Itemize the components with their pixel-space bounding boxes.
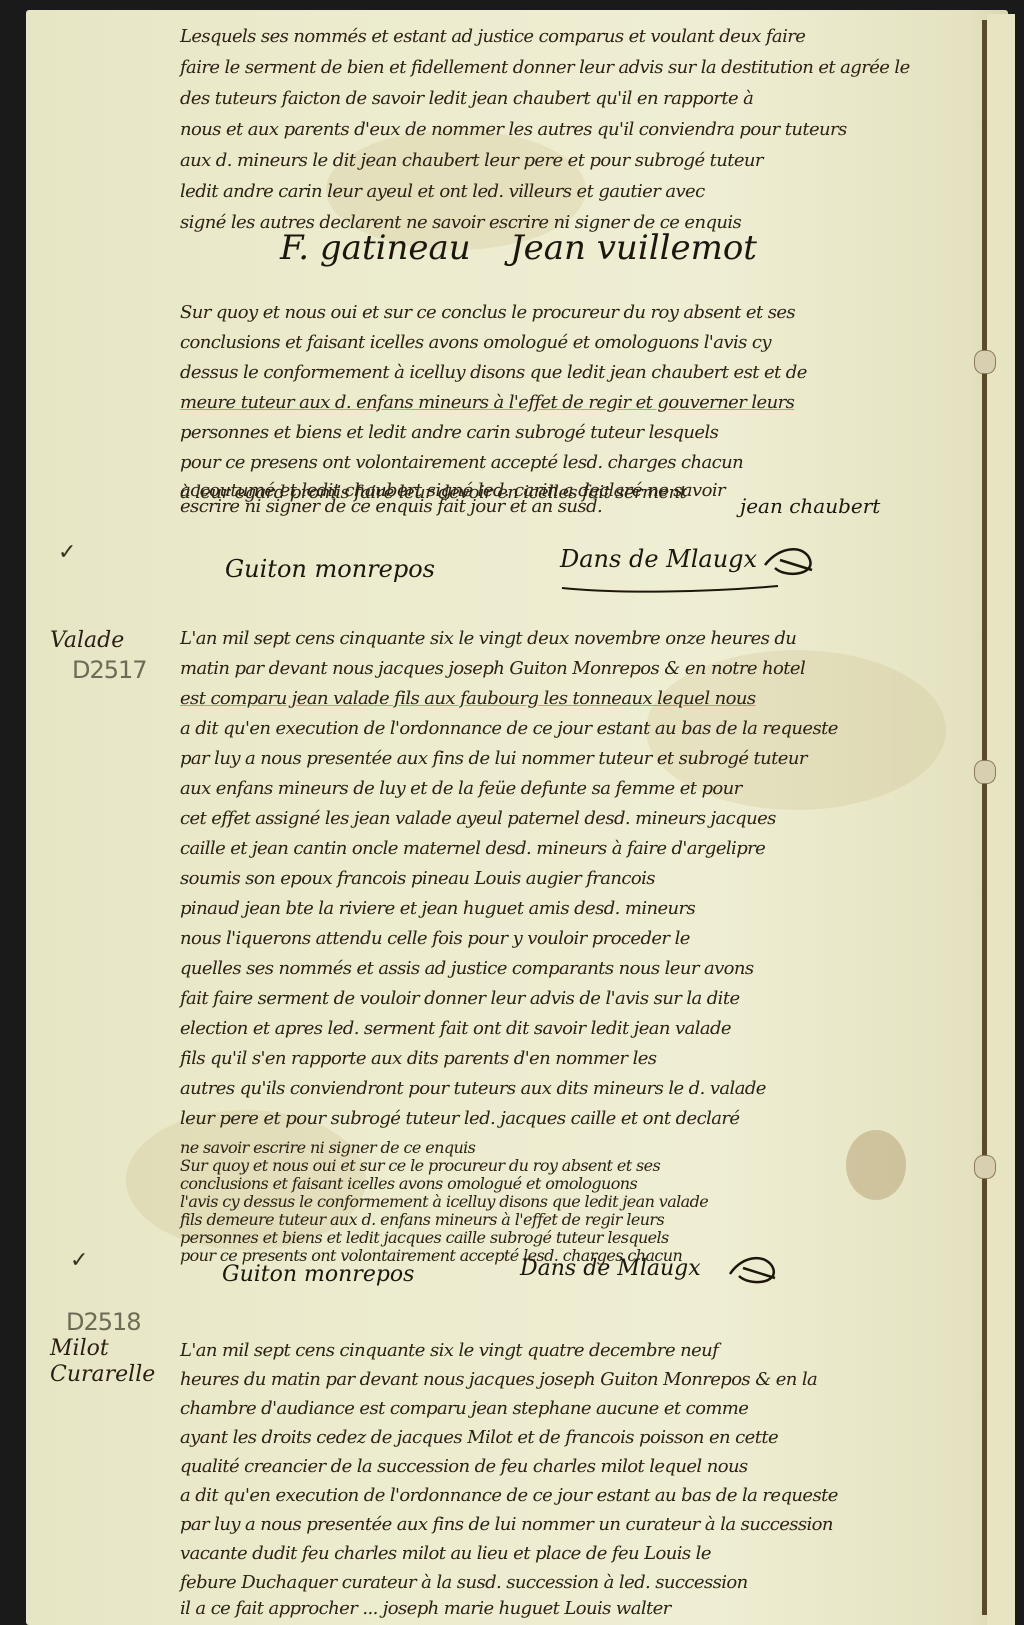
text-line: quelles ses nommés et assis ad justice c… — [180, 958, 754, 979]
margin-name-milot-curarelle: Milot Curarelle — [50, 1336, 170, 1388]
text-line: par luy a nous presentée aux fins de lui… — [180, 748, 807, 769]
text-line: des tuteurs faicton de savoir ledit jean… — [180, 88, 753, 109]
text-line: febure Duchaquer curateur à la susd. suc… — [180, 1572, 748, 1593]
text-line: chambre d'audiance est comparu jean step… — [180, 1398, 748, 1419]
text-line: nous l'iquerons attendu celle fois pour … — [180, 928, 690, 949]
text-line: ne savoir escrire ni signer de ce enquis — [180, 1138, 475, 1157]
signature-guiton-monrepos: Guiton monrepos — [225, 555, 435, 583]
signature-jean-chaubert: jean chaubert — [740, 494, 880, 518]
text-line: a dit qu'en execution de l'ordonnance de… — [180, 718, 838, 739]
checkmark-icon: ✓ — [70, 1248, 88, 1273]
text-line: meure tuteur aux d. enfans mineurs à l'e… — [180, 392, 794, 413]
signature-dans-de-mlaugx: Dans de Mlaugx — [560, 545, 757, 573]
text-line: il a ce fait approcher ... joseph marie … — [180, 1598, 671, 1619]
text-line: L'an mil sept cens cinquante six le ving… — [180, 628, 796, 649]
text-line: qualité creancier de la succession de fe… — [180, 1456, 748, 1477]
text-line: est comparu jean valade fils aux faubour… — [180, 688, 755, 709]
text-line: aux d. mineurs le dit jean chaubert leur… — [180, 150, 763, 171]
text-line: conclusions et faisant icelles avons omo… — [180, 332, 771, 353]
text-line: caille et jean cantin oncle maternel des… — [180, 838, 765, 859]
text-line: cet effet assigné les jean valade ayeul … — [180, 808, 776, 829]
text-line: faire le serment de bien et fidellement … — [180, 57, 910, 78]
torn-spot — [846, 1130, 906, 1200]
text-line: Lesquels ses nommés et estant ad justice… — [180, 26, 805, 47]
signature-underline — [560, 580, 780, 594]
text-line: fils demeure tuteur aux d. enfans mineur… — [180, 1210, 664, 1229]
text-line: fils qu'il s'en rapporte aux dits parent… — [180, 1048, 656, 1069]
text-line: leur pere et pour subrogé tuteur led. ja… — [180, 1108, 739, 1129]
text-line: aux enfans mineurs de luy et de la feüe … — [180, 778, 742, 799]
text-line: dessus le conformement à icelluy disons … — [180, 362, 807, 383]
binding-thread — [974, 1155, 996, 1179]
text-line: a dit qu'en execution de l'ordonnance de… — [180, 1485, 838, 1506]
text-line: election et apres led. serment fait ont … — [180, 1018, 731, 1039]
signature-guiton-monrepos: Guiton monrepos — [222, 1262, 414, 1287]
text-line: L'an mil sept cens cinquante six le ving… — [180, 1340, 718, 1361]
margin-code-d2518: D2518 — [66, 1308, 141, 1336]
binding-thread — [974, 760, 996, 784]
text-line: matin par devant nous jacques joseph Gui… — [180, 658, 805, 679]
text-line: escrire ni signer de ce enquis fait jour… — [180, 496, 602, 517]
text-line: heures du matin par devant nous jacques … — [180, 1369, 817, 1390]
text-line: fait faire serment de vouloir donner leu… — [180, 988, 740, 1009]
next-page-edge — [987, 14, 1015, 1625]
binding-thread — [974, 350, 996, 374]
text-line: nous et aux parents d'eux de nommer les … — [180, 119, 847, 140]
text-line: pour ce presens ont volontairement accep… — [180, 452, 743, 473]
signature-gatineau: F. gatineau — [280, 228, 471, 268]
margin-code-d2517: D2517 — [72, 656, 147, 684]
text-line: par luy a nous presentée aux fins de lui… — [180, 1514, 833, 1535]
text-line: pinaud jean bte la riviere et jean hugue… — [180, 898, 695, 919]
margin-name-valade: Valade — [50, 628, 124, 653]
text-line: personnes et biens et ledit andre carin … — [180, 422, 718, 443]
checkmark-icon: ✓ — [58, 540, 76, 565]
text-line: autres qu'ils conviendront pour tuteurs … — [180, 1078, 766, 1099]
text-line: personnes et biens et ledit jacques cail… — [180, 1228, 669, 1247]
text-line: ayant les droits cedez de jacques Milot … — [180, 1427, 778, 1448]
signature-dans-de-mlaugx: Dans de Mlaugx — [520, 1256, 701, 1281]
signature-flourish-icon — [760, 540, 820, 580]
signature-flourish-icon — [725, 1250, 781, 1288]
text-line: Sur quoy et nous oui et sur ce le procur… — [180, 1156, 660, 1175]
text-line: l'avis cy dessus le conformement à icell… — [180, 1192, 708, 1211]
text-line: vacante dudit feu charles milot au lieu … — [180, 1543, 711, 1564]
text-line: soumis son epoux francois pineau Louis a… — [180, 868, 655, 889]
text-line: ledit andre carin leur ayeul et ont led.… — [180, 181, 705, 202]
signature-vuillemot: Jean vuillemot — [510, 228, 757, 268]
text-line: Sur quoy et nous oui et sur ce conclus l… — [180, 302, 795, 323]
text-line: conclusions et faisant icelles avons omo… — [180, 1174, 637, 1193]
